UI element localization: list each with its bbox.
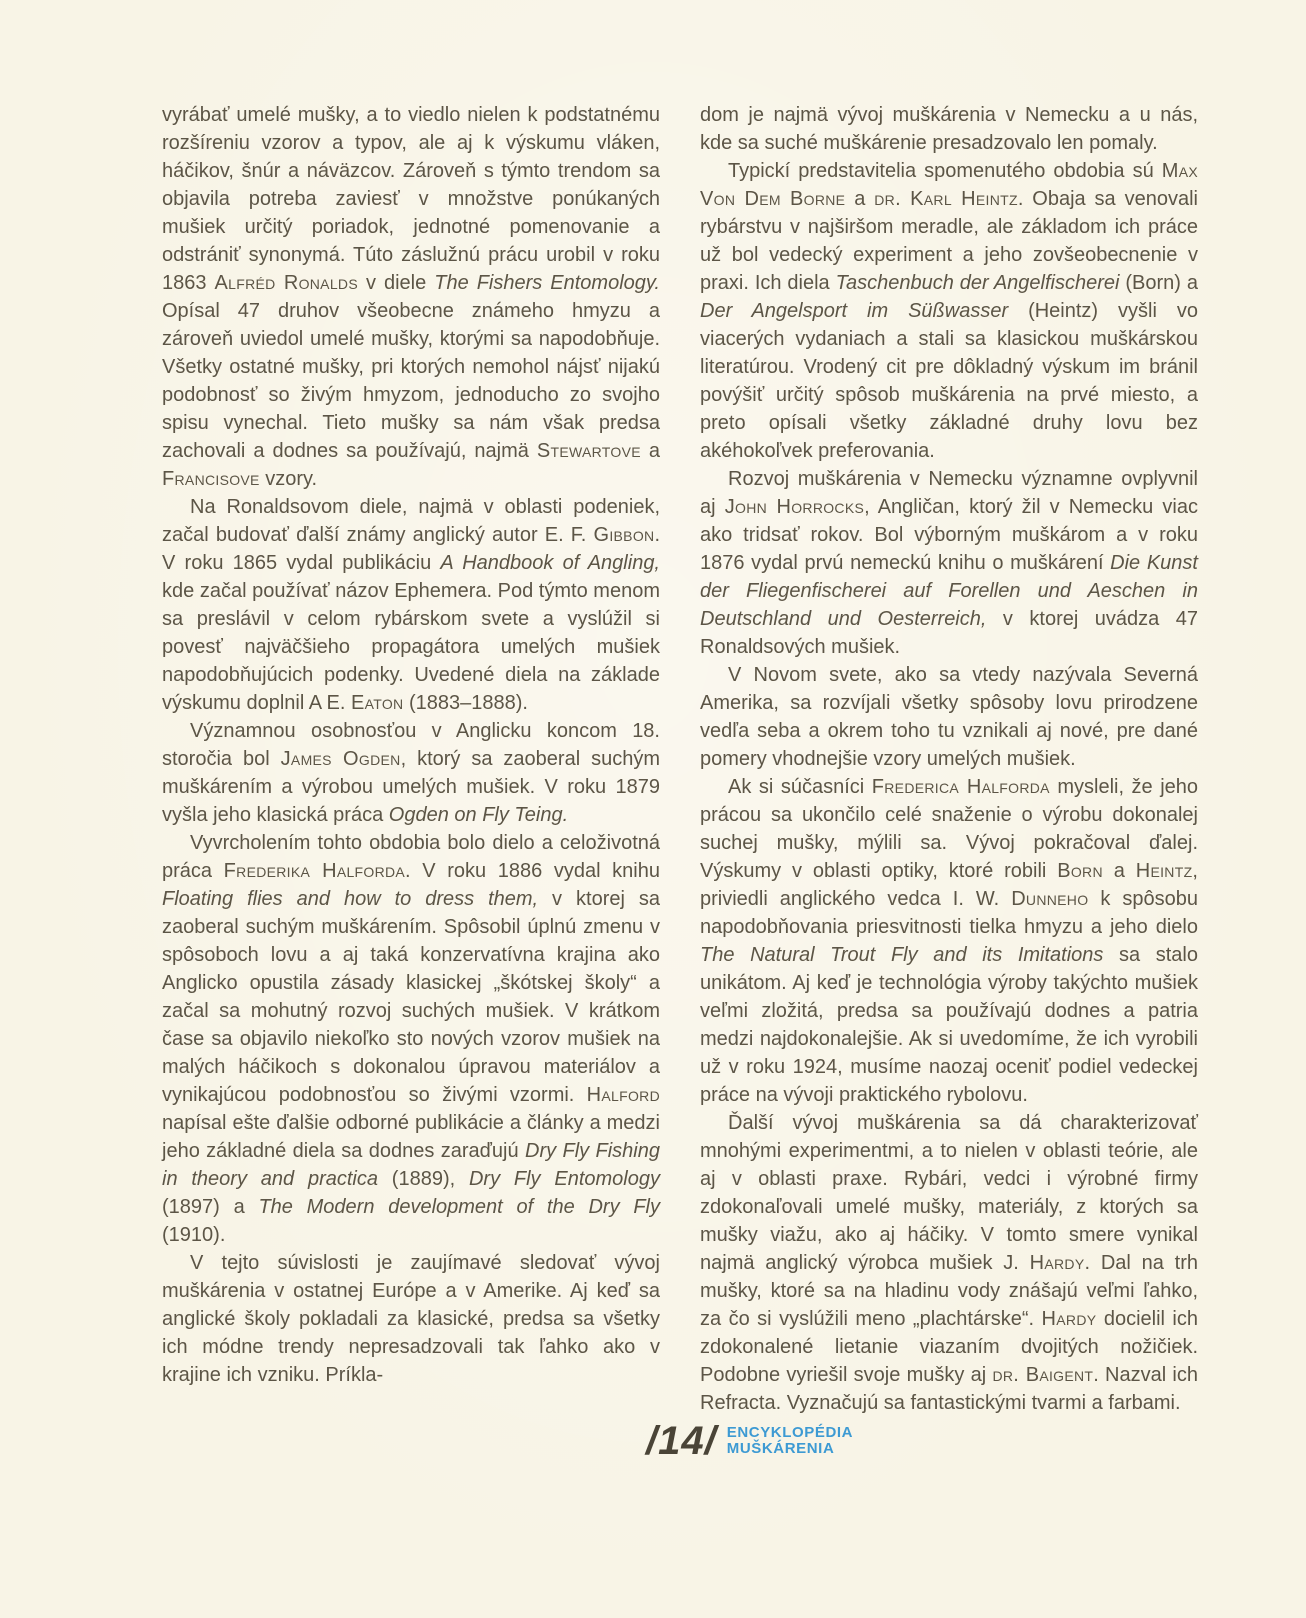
text-run: Ďalší vývoj muškárenia sa dá charakteriz… bbox=[700, 1112, 1198, 1274]
person-name: dr. Baigent bbox=[992, 1364, 1093, 1386]
text-run: vyrábať umelé mušky, a to viedlo nielen … bbox=[162, 104, 660, 294]
page-body: vyrábať umelé mušky, a to viedlo nielen … bbox=[162, 101, 1198, 1417]
paragraph: Ak si súčasníci Frederica Halforda mysle… bbox=[700, 773, 1198, 1109]
text-run: dom je najmä vývoj muškárenia v Nemecku … bbox=[700, 104, 1198, 154]
person-name: Dunneho bbox=[1011, 888, 1088, 910]
person-name: Hardy bbox=[1042, 1308, 1097, 1330]
imprint-block: ENCYKLOPÉDIA MUŠKÁRENIA bbox=[727, 1425, 853, 1457]
person-name: James Ogden bbox=[281, 748, 401, 770]
text-run: v diele bbox=[358, 272, 434, 294]
person-name: Francisove bbox=[162, 468, 260, 490]
person-name: Halford bbox=[587, 1084, 660, 1106]
paragraph: V Novom svete, ako sa vtedy nazývala Sev… bbox=[700, 661, 1198, 773]
book-title: The Fishers Entomology. bbox=[434, 272, 660, 294]
person-name: John Horrocks bbox=[725, 496, 864, 518]
paragraph: Na Ronaldsovom diele, najmä v oblasti po… bbox=[162, 493, 660, 717]
imprint-line2: MUŠKÁRENIA bbox=[727, 1441, 853, 1457]
person-name: Heintz bbox=[1136, 860, 1193, 882]
text-run: (1889), bbox=[378, 1168, 469, 1190]
text-run: a bbox=[1103, 860, 1136, 882]
paragraph: Významnou osobnosťou v Anglicku koncom 1… bbox=[162, 717, 660, 829]
book-title: The Natural Trout Fly and its Imitations bbox=[700, 944, 1103, 966]
book-title: Taschenbuch der Angelfischerei bbox=[836, 272, 1120, 294]
text-run: a bbox=[845, 188, 874, 210]
text-column-right: dom je najmä vývoj muškárenia v Nemecku … bbox=[700, 101, 1198, 1417]
person-name: Frederica Halforda bbox=[872, 776, 1050, 798]
text-run: (1883–1888). bbox=[403, 692, 528, 714]
paragraph: Typickí predstavitelia spomenutého obdob… bbox=[700, 157, 1198, 465]
text-run: Opísal 47 druhov všeobecne známeho hmyzu… bbox=[162, 300, 660, 462]
text-run: V tejto súvislosti je zaujímavé sledovať… bbox=[162, 1252, 660, 1386]
person-name: Eaton bbox=[351, 692, 403, 714]
book-title: Floating flies and how to dress them, bbox=[162, 888, 538, 910]
person-name: dr. Karl Heintz bbox=[874, 188, 1018, 210]
paragraph: vyrábať umelé mušky, a to viedlo nielen … bbox=[162, 101, 660, 493]
text-run: (Born) a bbox=[1119, 272, 1198, 294]
text-run: (1897) a bbox=[162, 1196, 258, 1218]
text-run: (1910). bbox=[162, 1224, 225, 1246]
text-run: V Novom svete, ako sa vtedy nazývala Sev… bbox=[700, 664, 1198, 770]
book-page-scan: vyrábať umelé mušky, a to viedlo nielen … bbox=[0, 0, 1306, 1618]
text-run: Na Ronaldsovom diele, najmä v oblasti po… bbox=[162, 496, 660, 546]
page-number: /14/ bbox=[646, 1422, 717, 1460]
paragraph: Rozvoj muškárenia v Nemecku významne ovp… bbox=[700, 465, 1198, 661]
text-run: vzory. bbox=[260, 468, 317, 490]
person-name: Alfréd Ronalds bbox=[215, 272, 358, 294]
text-column-left: vyrábať umelé mušky, a to viedlo nielen … bbox=[162, 101, 660, 1417]
book-title: The Modern development of the Dry Fly bbox=[258, 1196, 660, 1218]
paragraph: dom je najmä vývoj muškárenia v Nemecku … bbox=[700, 101, 1198, 157]
text-run: (Heintz) vyšli vo viacerých vydaniach a … bbox=[700, 300, 1198, 462]
page-footer: /14/ ENCYKLOPÉDIA MUŠKÁRENIA bbox=[646, 1422, 853, 1460]
text-run: . V roku 1886 vydal knihu bbox=[405, 860, 660, 882]
person-name: Gibbon bbox=[594, 524, 655, 546]
text-run: Ak si súčasníci bbox=[728, 776, 872, 798]
person-name: Stewartove bbox=[537, 440, 641, 462]
book-title: Dry Fly Entomology bbox=[469, 1168, 660, 1190]
paragraph: Vyvrcholením tohto obdobia bolo dielo a … bbox=[162, 829, 660, 1249]
paragraph: Ďalší vývoj muškárenia sa dá charakteriz… bbox=[700, 1109, 1198, 1417]
book-title: Der Angelsport im Süßwasser bbox=[700, 300, 1008, 322]
book-title: Ogden on Fly Teing. bbox=[389, 804, 568, 826]
book-title: A Handbook of Angling, bbox=[440, 552, 660, 574]
person-name: Hardy bbox=[1030, 1252, 1085, 1274]
text-run: sa stalo unikátom. Aj keď je technológia… bbox=[700, 944, 1198, 1106]
text-run: a bbox=[641, 440, 660, 462]
imprint-line1: ENCYKLOPÉDIA bbox=[727, 1425, 853, 1441]
person-name: Born bbox=[1057, 860, 1103, 882]
person-name: Frederika Halforda bbox=[224, 860, 405, 882]
text-run: v ktorej sa zaoberal suchým muškárením. … bbox=[162, 888, 660, 1106]
text-run: Typickí predstavitelia spomenutého obdob… bbox=[728, 160, 1162, 182]
paragraph: V tejto súvislosti je zaujímavé sledovať… bbox=[162, 1249, 660, 1389]
